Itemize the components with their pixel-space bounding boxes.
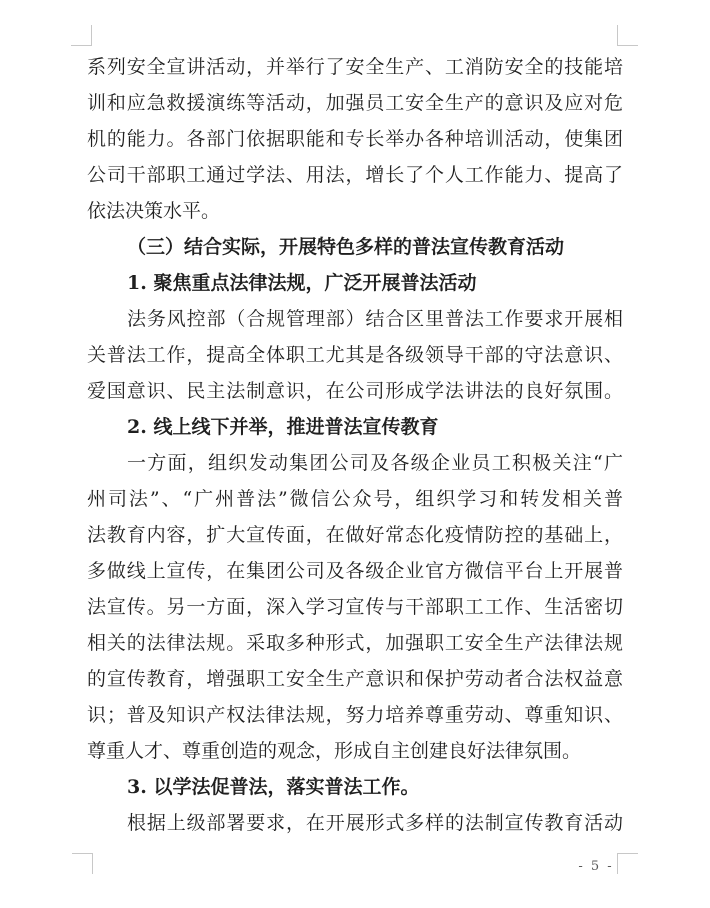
text-line: 多做线上宣传，在集团公司及各级企业官方微信平台上开展普 <box>87 553 623 589</box>
crop-mark-bottom-right-icon <box>617 853 638 874</box>
heading-line: 2. 线上线下并举，推进普法宣传教育 <box>87 409 623 445</box>
document-text: 系列安全宣讲活动，并举行了安全生产、工消防安全的技能培训和应急救援演练等活动，加… <box>87 49 623 841</box>
text-line: 机的能力。各部门依据职能和专长举办各种培训活动，使集团 <box>87 121 623 157</box>
heading-line: 1. 聚焦重点法律法规，广泛开展普法活动 <box>87 265 623 301</box>
crop-mark-bottom-left-icon <box>72 853 93 874</box>
text-line: 法宣传。另一方面，深入学习宣传与干部职工工作、生活密切 <box>87 589 623 625</box>
text-line: 相关的法律法规。采取多种形式，加强职工安全生产法律法规 <box>87 625 623 661</box>
text-line: 关普法工作，提高全体职工尤其是各级领导干部的守法意识、 <box>87 337 623 373</box>
text-line: 的宣传教育，增强职工安全生产意识和保护劳动者合法权益意 <box>87 661 623 697</box>
text-line: 一方面，组织发动集团公司及各级企业员工积极关注“广 <box>87 445 623 481</box>
text-line: 法务风控部（合规管理部）结合区里普法工作要求开展相 <box>87 301 623 337</box>
text-line: 依法决策水平。 <box>87 193 623 229</box>
text-line: 州司法”、“广州普法”微信公众号，组织学习和转发相关普 <box>87 481 623 517</box>
page-number: - 5 - <box>572 859 620 874</box>
crop-mark-top-right-icon <box>617 25 638 46</box>
heading-line: 3. 以学法促普法，落实普法工作。 <box>87 769 623 805</box>
text-line: 尊重人才、尊重创造的观念，形成自主创建良好法律氛围。 <box>87 733 623 769</box>
text-line: 公司干部职工通过学法、用法，增长了个人工作能力、提高了 <box>87 157 623 193</box>
crop-mark-top-left-icon <box>71 25 92 46</box>
heading-line: （三）结合实际，开展特色多样的普法宣传教育活动 <box>87 229 623 265</box>
text-line: 爱国意识、民主法制意识，在公司形成学法讲法的良好氛围。 <box>87 373 623 409</box>
text-line: 训和应急救援演练等活动，加强员工安全生产的意识及应对危 <box>87 85 623 121</box>
text-line: 识；普及知识产权法律法规，努力培养尊重劳动、尊重知识、 <box>87 697 623 733</box>
text-line: 根据上级部署要求，在开展形式多样的法制宣传教育活动 <box>87 805 623 841</box>
document-page: 系列安全宣讲活动，并举行了安全生产、工消防安全的技能培训和应急救援演练等活动，加… <box>0 0 710 908</box>
text-line: 法教育内容，扩大宣传面，在做好常态化疫情防控的基础上， <box>87 517 623 553</box>
text-line: 系列安全宣讲活动，并举行了安全生产、工消防安全的技能培 <box>87 49 623 85</box>
